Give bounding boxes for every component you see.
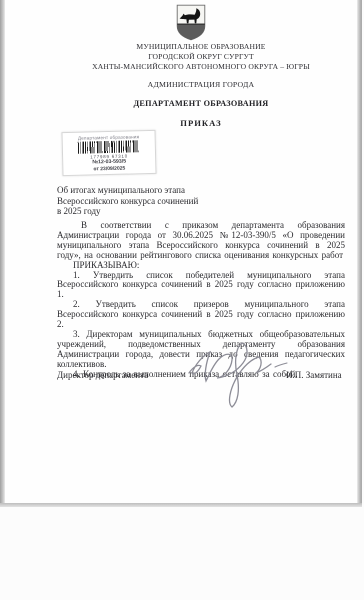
signer-name: И.П. Замятина	[286, 370, 346, 380]
preamble-paragraph: В соответствии с приказом департамента о…	[57, 221, 345, 261]
organization-header: МУНИЦИПАЛЬНОЕ ОБРАЗОВАНИЕ ГОРОДСКОЙ ОКРУ…	[57, 42, 345, 72]
scan-edge-left	[0, 0, 5, 507]
stamp-order-date: от 23/09/2025	[63, 164, 155, 172]
org-line: МУНИЦИПАЛЬНОЕ ОБРАЗОВАНИЕ	[57, 42, 345, 52]
department-line: ДЕПАРТАМЕНТ ОБРАЗОВАНИЯ	[57, 99, 345, 108]
registration-stamp: Департамент образования 177989 67310 №12…	[61, 130, 156, 176]
subject-line: Об итогах муниципального этапа	[57, 185, 345, 196]
scan-edge-bottom	[0, 503, 362, 507]
order-item-1: 1. Утвердить список победителей муниципа…	[57, 271, 345, 301]
barcode-icon	[78, 140, 140, 154]
order-item-2: 2. Утвердить список призеров муниципальн…	[57, 300, 345, 330]
document-page: МУНИЦИПАЛЬНОЕ ОБРАЗОВАНИЕ ГОРОДСКОЙ ОКРУ…	[5, 0, 357, 503]
signer-position-title: Директор департамента	[57, 370, 148, 380]
order-subject: Об итогах муниципального этапа Всероссий…	[57, 185, 345, 217]
subject-line: в 2025 году	[57, 206, 345, 217]
administration-line: АДМИНИСТРАЦИЯ ГОРОДА	[57, 80, 345, 89]
document-type-title: ПРИКАЗ	[57, 118, 345, 128]
surgut-coat-of-arms-icon	[176, 4, 206, 41]
scanned-document: МУНИЦИПАЛЬНОЕ ОБРАЗОВАНИЕ ГОРОДСКОЙ ОКРУ…	[0, 0, 364, 600]
scan-edge-right	[357, 0, 362, 507]
org-line: ХАНТЫ-МАНСИЙСКОГО АВТОНОМНОГО ОКРУГА – Ю…	[57, 62, 345, 72]
subject-line: Всероссийского конкурса сочинений	[57, 196, 345, 207]
org-line: ГОРОДСКОЙ ОКРУГ СУРГУТ	[57, 52, 345, 62]
handwritten-signature-icon	[183, 333, 303, 411]
